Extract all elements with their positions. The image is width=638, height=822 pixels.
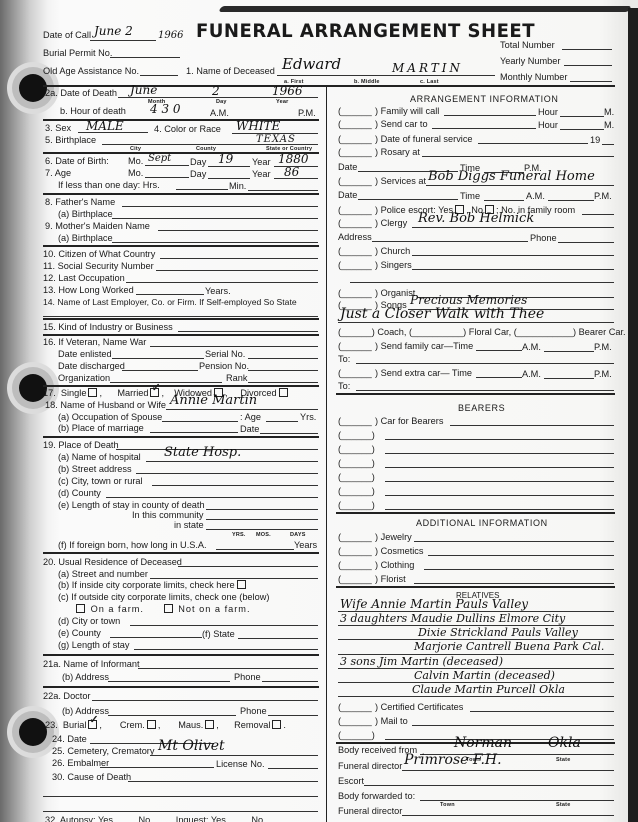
singers-label: ) Singers: [375, 260, 412, 271]
removal-checkbox[interactable]: [272, 720, 281, 729]
pm-label: P.M.: [298, 108, 316, 119]
maus-checkbox[interactable]: [205, 720, 214, 729]
serial-label: Serial No.: [205, 349, 245, 360]
res-outside-label: (c) If outside city corporate limits, ch…: [58, 592, 269, 603]
spouse-label: 18. Name of Husband or Wife: [45, 400, 166, 411]
bearer-car-label: ) Bearer Car.: [573, 327, 626, 337]
ssn-label: 11. Social Security Number: [43, 261, 154, 272]
res-state-label: (f) State: [202, 629, 235, 640]
deceased-first-name[interactable]: Edward: [282, 58, 341, 71]
married-checkbox[interactable]: [150, 388, 159, 397]
sublabel-day: Day: [216, 99, 227, 105]
funeral-director-label: Funeral director: [338, 761, 402, 772]
spouse-yrs-label: Yrs.: [300, 412, 316, 423]
bearer-field[interactable]: [385, 439, 614, 440]
single-label: Single: [61, 388, 87, 398]
informant-label: 21a. Name of Informant: [43, 659, 140, 670]
inside-city-checkbox[interactable]: [237, 580, 246, 589]
dob-month[interactable]: Sept: [148, 152, 171, 165]
date-of-call-value[interactable]: June 2: [94, 25, 133, 38]
spouse-occupation-label: (a) Occupation of Spouse: [58, 412, 162, 423]
clergy-phone-label: Phone: [530, 233, 557, 244]
in-state-label: in state: [174, 520, 204, 531]
hour-of-death-value[interactable]: 4 3 0: [150, 103, 181, 116]
discharged-label: Date discharged: [58, 361, 125, 372]
header-divider: [43, 85, 615, 87]
marital-number: 17.: [43, 388, 56, 398]
autopsy-label: 32. Autopsy: Yes ____ No ____ Inquest: Y…: [45, 815, 286, 822]
doctor-phone-label: Phone: [240, 706, 267, 717]
car-bearers-label: ) Car for Bearers: [375, 416, 443, 427]
citizen-field[interactable]: [160, 258, 318, 259]
doctor-address-label: (b) Address: [62, 706, 109, 717]
rosary-label: ) Rosary at: [375, 147, 420, 158]
date-of-call-year: 1966: [158, 29, 183, 42]
employer-label: 14. Name of Last Employer, Co. or Firm. …: [43, 297, 297, 308]
hour-of-death-label: b. Hour of death: [60, 106, 126, 117]
county-label: (d) County: [58, 488, 101, 499]
employer-field[interactable]: [43, 316, 318, 317]
street-label: (b) Street address: [58, 464, 132, 475]
burial-permit-label: Burial Permit No.: [43, 48, 112, 59]
sex-value[interactable]: MALE: [86, 120, 124, 133]
send-car-m: M.: [604, 120, 614, 131]
res-inside-row: (b) If inside city corporate limits, che…: [58, 580, 248, 591]
mother-birthplace-field[interactable]: [112, 242, 318, 243]
age-years[interactable]: 86: [284, 166, 299, 179]
services-date-label: Date: [338, 190, 357, 201]
organization-label: Organization: [58, 373, 110, 384]
bearer-field[interactable]: [385, 509, 614, 510]
maus-label: Maus.: [178, 720, 203, 730]
res-street-label: (a) Street and number: [58, 569, 148, 580]
disposition-row: 23. Burial, Crem., Maus., Removal.: [45, 720, 286, 731]
birthplace-value[interactable]: TEXAS: [256, 133, 296, 146]
rank-label: Rank: [226, 373, 247, 384]
floral-car-label: ) Floral Car, (: [463, 327, 517, 337]
race-label: 4. Color or Race: [154, 124, 221, 135]
services-pm: P.M.: [594, 191, 612, 202]
relative-entry[interactable]: Marjorie Cantrell Buena Park Cal.: [414, 640, 604, 653]
sublabel-town-2: Town: [440, 802, 455, 808]
family-car-am: A.M.: [522, 342, 541, 353]
industry-field[interactable]: [178, 331, 318, 332]
res-city-label: (d) City or town: [58, 616, 120, 627]
cause-of-death-label: 30. Cause of Death: [52, 772, 131, 783]
relative-entry[interactable]: Dixie Strickland Pauls Valley: [418, 626, 578, 639]
days-column: DAYS: [290, 532, 306, 538]
license-label: License No.: [216, 759, 265, 770]
foreign-born-label: (f) If foreign born, how long in U.S.A.: [58, 540, 207, 551]
funeral-date-label: ) Date of funeral service: [375, 134, 473, 145]
father-birthplace-field[interactable]: [112, 218, 318, 219]
total-number-label: Total Number: [500, 40, 555, 51]
father-name-field[interactable]: [122, 206, 318, 207]
worked-label: 13. How Long Worked: [43, 285, 134, 296]
age-year-label: Year: [252, 169, 271, 180]
less-than-day-label: If less than one day: Hrs.: [58, 180, 160, 191]
cemetery-value[interactable]: Mt Olivet: [158, 740, 225, 753]
family-call-hour-label: Hour: [538, 107, 558, 118]
yearly-number-label: Yearly Number: [500, 56, 560, 67]
yearly-number-field[interactable]: [564, 65, 612, 66]
old-age-field[interactable]: [140, 75, 178, 76]
column-divider: [326, 87, 327, 822]
sublabel-state-2: State: [556, 802, 570, 808]
married-label: Married: [117, 388, 148, 398]
am-label: A.M.: [210, 108, 229, 119]
on-farm-checkbox[interactable]: [76, 604, 85, 613]
occupation-field[interactable]: [126, 282, 318, 283]
send-car-label: ) Send car to: [375, 119, 428, 130]
doctor-label: 22a. Doctor: [43, 691, 91, 702]
crem-checkbox[interactable]: [147, 720, 156, 729]
not-farm-checkbox[interactable]: [164, 604, 173, 613]
removal-label: Removal: [234, 720, 270, 730]
coach-label: ) Coach, (: [372, 327, 412, 337]
spouse-age-label: : Age: [240, 412, 261, 423]
date-of-death-label: 2a. Date of Death: [45, 88, 117, 99]
war-field[interactable]: [150, 346, 318, 347]
family-car-pm: P.M.: [594, 342, 612, 353]
farm-row: On a farm. Not on a farm.: [74, 604, 251, 615]
cause-of-death-field[interactable]: [128, 781, 318, 782]
florist-label: ) Florist: [375, 574, 406, 585]
bearer-field[interactable]: [385, 495, 614, 496]
yrs-column: YRS.: [232, 532, 246, 538]
extra-car-pm: P.M.: [594, 369, 612, 380]
deceased-name-label: 1. Name of Deceased: [186, 66, 275, 77]
relative-entry[interactable]: Claude Martin Purcell Okla: [412, 683, 565, 696]
mother-name-label: 9. Mother's Maiden Name: [45, 221, 150, 232]
funeral-arrangement-sheet: Date of Call June 2 1966 FUNERAL ARRANGE…: [0, 0, 638, 822]
age-month-label: Mo.: [128, 168, 143, 179]
residence-label: 20. Usual Residence of Deceased: [43, 557, 182, 568]
ssn-field[interactable]: [156, 270, 318, 271]
family-call-m: M.: [604, 107, 614, 118]
clergy-address-label: Address: [338, 232, 372, 243]
dob-month-label: Mo.: [128, 156, 143, 167]
city-rural-label: (c) City, town or rural: [58, 476, 143, 487]
body-forwarded-label: Body forwarded to:: [338, 791, 415, 802]
sublabel-year: Year: [276, 99, 288, 105]
dob-day-label: Day: [190, 157, 206, 168]
death-month[interactable]: June: [130, 84, 157, 97]
hospital-value[interactable]: State Hosp.: [164, 446, 241, 459]
arrangement-header: ARRANGEMENT INFORMATION: [410, 94, 558, 104]
industry-label: 15. Kind of Industry or Business: [43, 322, 173, 333]
occupation-label: 12. Last Occupation: [43, 273, 125, 284]
not-farm-label: Not on a farm.: [178, 604, 250, 614]
escort-label: Escort: [338, 776, 364, 787]
on-farm-label: On a farm.: [91, 604, 144, 614]
monthly-number-label: Monthly Number: [500, 72, 567, 83]
sex-label: 3. Sex: [45, 123, 71, 134]
family-call-label: ) Family will call: [375, 106, 439, 117]
res-inside-label: (b) If inside city corporate limits, che…: [58, 580, 235, 590]
date-of-call-label: Date of Call: [43, 30, 91, 41]
relative-entry[interactable]: Wife Annie Martin Pauls Valley: [340, 598, 528, 611]
extra-car-label: ) Send extra car— Time: [375, 368, 472, 379]
cosmetics-label: ) Cosmetics: [375, 546, 424, 557]
clergy-value[interactable]: Rev. Bob Helmick: [418, 212, 534, 225]
spouse-name[interactable]: Annie Martin: [170, 394, 257, 407]
informant-phone-label: Phone: [234, 672, 261, 683]
family-car-label: ) Send family car—Time: [375, 341, 473, 352]
veteran-label: 16. If Veteran, Name War: [43, 337, 146, 348]
extra-car-to-label: To:: [338, 381, 350, 392]
hospital-label: (a) Name of hospital: [58, 452, 141, 463]
res-county-label: (e) County: [58, 628, 101, 639]
age-label: 7. Age: [45, 168, 71, 179]
years-label: Years.: [205, 286, 231, 297]
services-value[interactable]: Bob Diggs Funeral Home: [428, 170, 595, 183]
services-am: A.M.: [526, 191, 545, 202]
birthplace-label: 5. Birthplace: [45, 135, 96, 146]
informant-address-label: (b) Address: [62, 672, 109, 683]
jewelry-label: ) Jewelry: [375, 532, 412, 543]
crem-label: Crem.: [120, 720, 145, 730]
foreign-years-label: Years: [294, 540, 317, 551]
divorced-checkbox[interactable]: [279, 388, 288, 397]
worked-field[interactable]: [136, 294, 204, 295]
dob-year-label: Year: [252, 157, 271, 168]
clergy-label: ) Clergy: [375, 218, 407, 229]
race-value[interactable]: WHITE: [236, 120, 280, 133]
marriage-place-label: (b) Place of marriage: [58, 423, 144, 434]
extra-car-am: A.M.: [522, 369, 541, 380]
funeral-year-prefix: 19: [590, 135, 600, 146]
page-title: FUNERAL ARRANGEMENT SHEET: [196, 20, 535, 42]
bearers-header: BEARERS: [458, 403, 505, 413]
services-time-label: Time: [460, 191, 480, 202]
mother-name-field[interactable]: [158, 230, 318, 231]
punch-hole: [19, 74, 47, 102]
scan-edge: [628, 8, 638, 822]
single-checkbox[interactable]: [88, 388, 97, 397]
burial-checkbox[interactable]: [88, 720, 97, 729]
church-label: ) Church: [375, 246, 410, 257]
doctor-field[interactable]: [92, 700, 318, 701]
relative-entry[interactable]: 3 sons Jim Martin (deceased): [340, 655, 503, 668]
certified-certificates-label: ) Certified Certificates: [375, 702, 463, 713]
send-car-hour-label: Hour: [538, 120, 558, 131]
citizen-label: 10. Citizen of What Country: [43, 249, 155, 260]
punch-hole: [19, 718, 47, 746]
bearer-field[interactable]: [385, 467, 614, 468]
marriage-date-label: Date: [240, 424, 259, 435]
date-24-label: 24. Date: [52, 734, 87, 745]
informant-field[interactable]: [138, 668, 318, 669]
mail-to-label: ) Mail to: [375, 716, 408, 727]
enlisted-label: Date enlisted: [58, 349, 112, 360]
funeral-director-2-label: Funeral director: [338, 806, 402, 817]
res-stay-label: (g) Length of stay: [58, 640, 130, 651]
family-car-to-label: To:: [338, 354, 350, 365]
death-day[interactable]: 2: [212, 85, 220, 98]
mother-birthplace-label: (a) Birthplace: [58, 233, 113, 244]
pension-label: Pension No.: [199, 361, 249, 372]
cemetery-label: 25. Cemetery, Crematory: [52, 746, 154, 757]
body-received-state[interactable]: Okla: [548, 737, 581, 750]
burial-label: Burial: [63, 720, 87, 730]
sublabel-state: State: [556, 757, 570, 763]
burial-permit-field[interactable]: [110, 57, 180, 58]
services-label: ) Services at: [375, 176, 426, 187]
relative-entry[interactable]: Calvin Martin (deceased): [414, 669, 555, 682]
monthly-number-field[interactable]: [570, 81, 612, 82]
age-day-label: Day: [190, 169, 206, 180]
additional-info-header: ADDITIONAL INFORMATION: [416, 518, 548, 528]
dob-day[interactable]: 19: [218, 153, 233, 166]
old-age-label: Old Age Assistance No.: [43, 66, 139, 77]
father-name-label: 8. Father's Name: [45, 197, 115, 208]
page-curl-shadow: [218, 6, 631, 12]
disposition-number: 23.: [45, 720, 58, 730]
funeral-director-value[interactable]: Primrose F.H.: [404, 754, 502, 767]
songs-value-2[interactable]: Just a Closer Walk with Thee: [340, 308, 544, 321]
coach-row: (______) Coach, (__________) Floral Car,…: [338, 327, 626, 338]
body-received-town[interactable]: Norman: [454, 737, 512, 750]
bearer-field[interactable]: [385, 481, 614, 482]
deceased-last-name[interactable]: MARTIN: [392, 62, 463, 75]
father-birthplace-label: (a) Birthplace: [58, 209, 113, 220]
bearer-field[interactable]: [385, 453, 614, 454]
death-year[interactable]: 1966: [272, 85, 303, 98]
total-number-field[interactable]: [562, 49, 612, 50]
relative-entry[interactable]: 3 daughters Maudie Dullins Elmore City: [340, 612, 565, 625]
clothing-label: ) Clothing: [375, 560, 414, 571]
mos-column: MOS.: [256, 532, 271, 538]
place-of-death-label: 19. Place of Death: [43, 440, 119, 451]
min-label: Min.: [229, 181, 246, 192]
rosary-date-label: Date: [338, 162, 357, 173]
date-of-birth-label: 6. Date of Birth:: [45, 156, 109, 167]
